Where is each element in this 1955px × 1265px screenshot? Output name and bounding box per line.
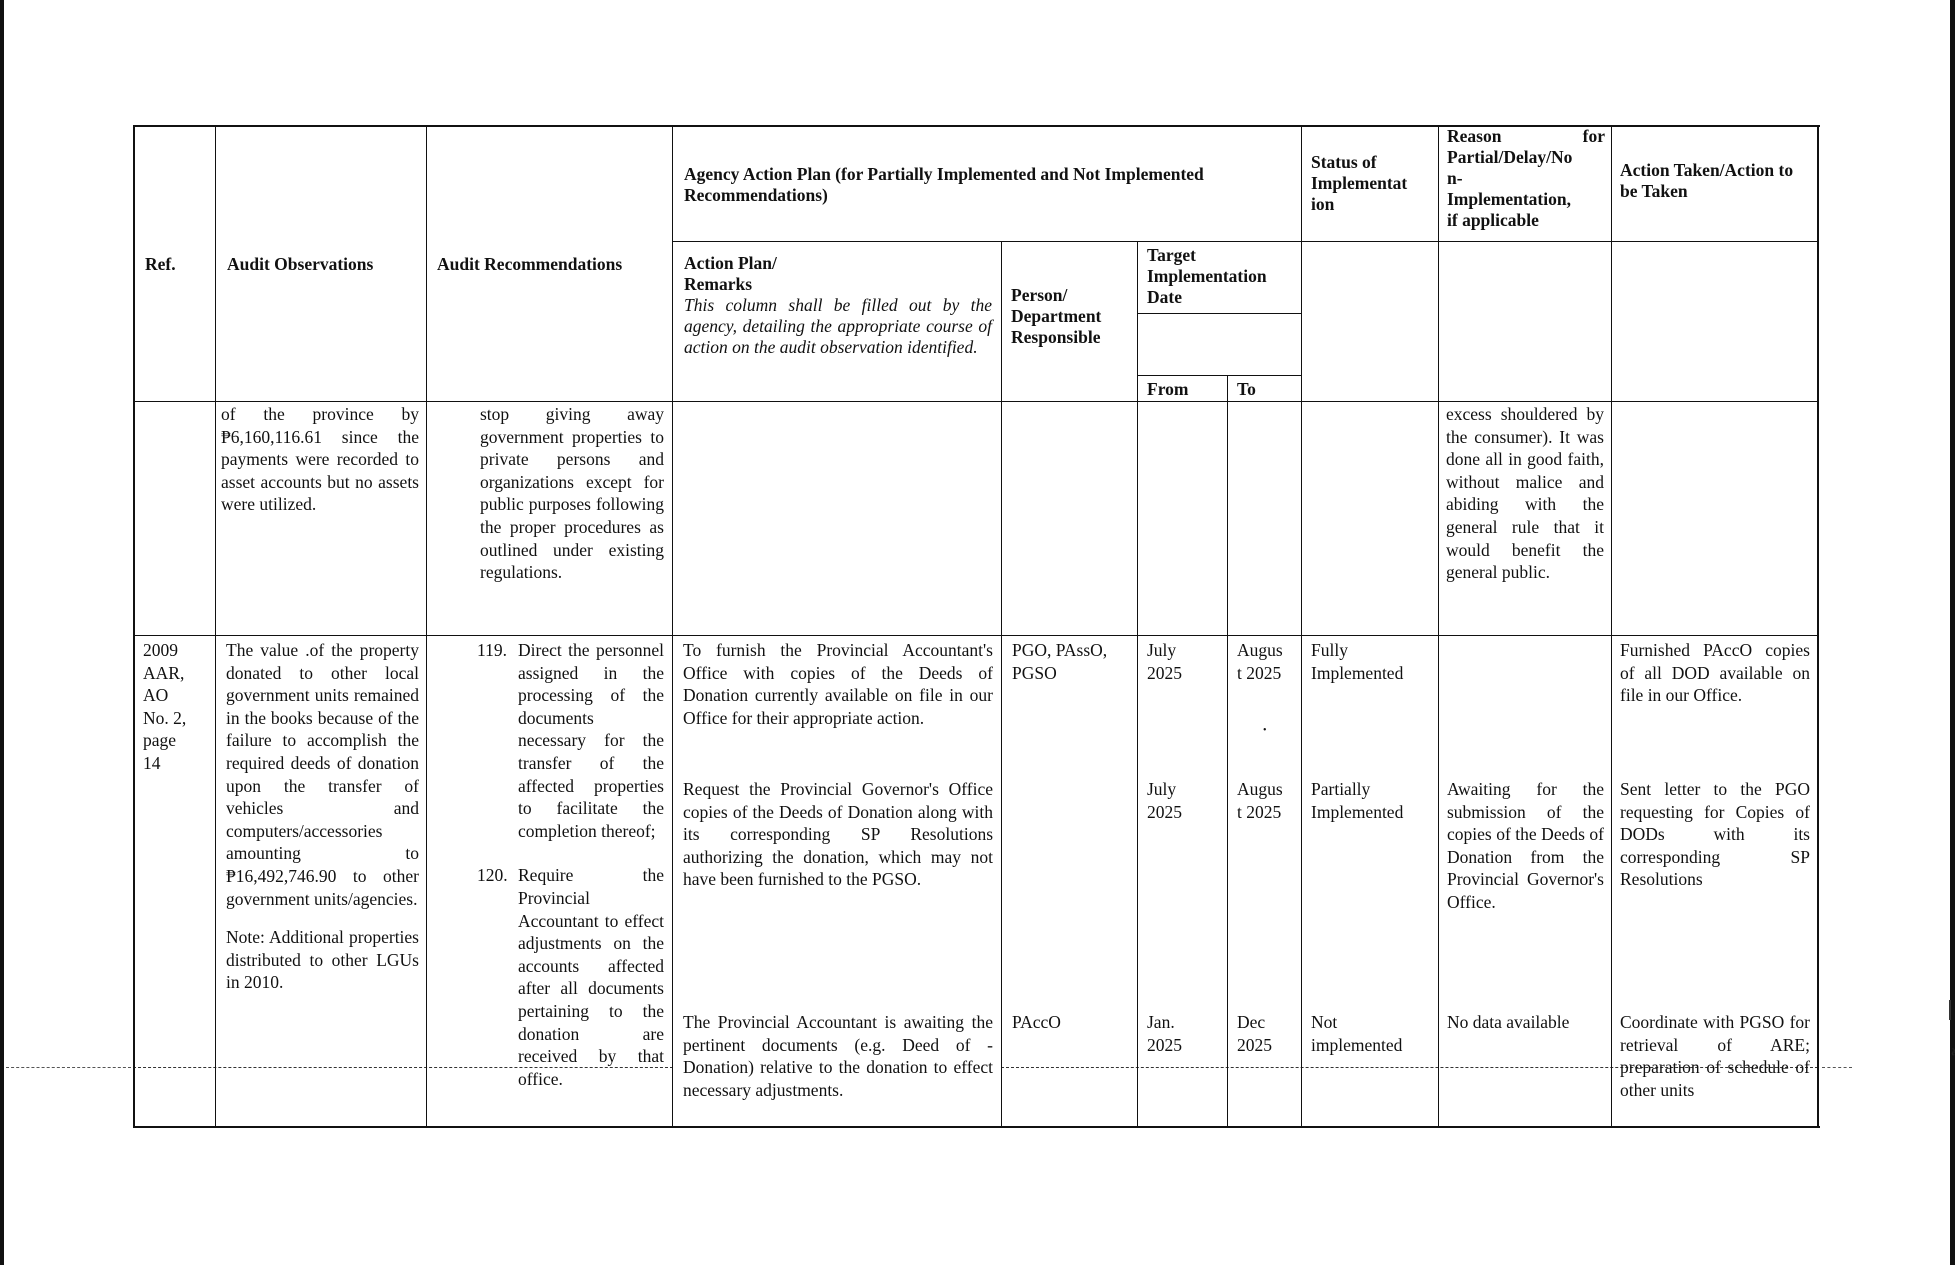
header-person-responsible: Person/ Department Responsible <box>1011 285 1131 348</box>
header-reason: Reason for Partial/Delay/No n- Implement… <box>1447 126 1605 231</box>
header-action-plan-title: Action Plan/ <box>684 253 992 274</box>
stray-mark: • <box>1263 720 1267 743</box>
from-line: 2025 <box>1147 801 1182 824</box>
recommendation-text: Direct the personnel assigned in the pro… <box>518 639 664 842</box>
to-date-1: Augus t 2025 <box>1237 639 1283 684</box>
to-line: t 2025 <box>1237 801 1283 824</box>
action-plan-1: To furnish the Provincial Accountant's O… <box>683 639 993 729</box>
action-taken-3: Coordinate with PGSO for retrieval of AR… <box>1620 1011 1810 1101</box>
status-2: Partially Implemented <box>1311 778 1403 823</box>
observation-text: The value .of the property donated to ot… <box>226 639 419 910</box>
status-header-line: Status of <box>1311 152 1377 173</box>
to-line: Dec <box>1237 1011 1272 1034</box>
status-line: implemented <box>1311 1034 1402 1057</box>
ref-line: AAR, <box>143 662 211 685</box>
header-from: From <box>1147 379 1188 400</box>
action-taken-2: Sent letter to the PGO requesting for Co… <box>1620 778 1810 891</box>
from-date-3: Jan. 2025 <box>1147 1011 1182 1056</box>
status-line: Not <box>1311 1011 1402 1034</box>
reason-header-line: n- <box>1447 168 1605 189</box>
reason-2: Awaiting for the submission of the copie… <box>1447 778 1604 914</box>
responsible-1: PGO, PAssO, PGSO <box>1012 639 1134 684</box>
ref-line: AO <box>143 684 211 707</box>
from-line: July <box>1147 639 1182 662</box>
from-line: 2025 <box>1147 1034 1182 1057</box>
status-line: Implemented <box>1311 801 1403 824</box>
recommendation-text: Require the Provincial Accountant to eff… <box>518 864 664 1090</box>
ref-line: page <box>143 729 211 752</box>
row1-reason: excess shouldered by the consumer). It w… <box>1446 403 1604 584</box>
row1-observation: of the province by ₱6,160,116.61 since t… <box>221 403 419 516</box>
action-taken-1: Furnished PAccO copies of all DOD availa… <box>1620 639 1810 707</box>
status-header-line: Implementat <box>1311 173 1431 194</box>
from-date-1: July 2025 <box>1147 639 1182 684</box>
status-header-line: ion <box>1311 194 1431 215</box>
from-line: July <box>1147 778 1182 801</box>
responsible-3: PAccO <box>1012 1011 1134 1034</box>
row2-observation: The value .of the property donated to ot… <box>226 639 419 994</box>
to-line: t 2025 <box>1237 662 1283 685</box>
header-to: To <box>1237 379 1256 400</box>
recommendation-number: 120. <box>477 864 518 1090</box>
row2-recommendations: 119. Direct the personnel assigned in th… <box>436 639 664 1090</box>
row1-recommendation: stop giving away government properties t… <box>480 403 664 584</box>
header-ref: Ref. <box>145 254 176 275</box>
reason-header-line: Reason for <box>1447 126 1605 147</box>
header-target-date: Target Implementation Date <box>1147 245 1297 308</box>
header-action-plan-remarks: Action Plan/ Remarks This column shall b… <box>684 253 992 358</box>
action-plan-2: Request the Provincial Governor's Office… <box>683 778 993 891</box>
action-plan-3: The Provincial Accountant is awaiting th… <box>683 1011 993 1101</box>
status-line: Fully <box>1311 639 1403 662</box>
reason-header-line: Implementation, <box>1447 189 1605 210</box>
status-line: Partially <box>1311 778 1403 801</box>
ref-line: No. 2, <box>143 707 211 730</box>
row2-ref: 2009 AAR, AO No. 2, page 14 <box>143 639 211 775</box>
observation-note: Note: Additional properties distributed … <box>226 926 419 994</box>
from-line: 2025 <box>1147 662 1182 685</box>
ref-line: 2009 <box>143 639 211 662</box>
recommendation-item: 120. Require the Provincial Accountant t… <box>436 864 664 1090</box>
to-line: Augus <box>1237 778 1283 801</box>
ref-line: 14 <box>143 752 211 775</box>
header-audit-recommendations: Audit Recommendations <box>437 254 622 275</box>
reason-3: No data available <box>1447 1011 1607 1034</box>
header-remarks-title: Remarks <box>684 274 992 295</box>
header-agency-action-plan: Agency Action Plan (for Partially Implem… <box>684 164 1294 206</box>
to-line: Augus <box>1237 639 1283 662</box>
from-line: Jan. <box>1147 1011 1182 1034</box>
from-date-2: July 2025 <box>1147 778 1182 823</box>
header-action-plan-note: This column shall be filled out by the a… <box>684 295 992 358</box>
to-line: 2025 <box>1237 1034 1272 1057</box>
status-3: Not implemented <box>1311 1011 1402 1056</box>
header-audit-observations: Audit Observations <box>227 254 373 275</box>
reason-header-line: Partial/Delay/No <box>1447 147 1605 168</box>
header-action-taken: Action Taken/Action to be Taken <box>1620 160 1810 202</box>
to-date-3: Dec 2025 <box>1237 1011 1272 1056</box>
status-1: Fully Implemented <box>1311 639 1403 684</box>
to-date-2: Augus t 2025 <box>1237 778 1283 823</box>
recommendation-item: 119. Direct the personnel assigned in th… <box>436 639 664 842</box>
status-line: Implemented <box>1311 662 1403 685</box>
reason-header-line: if applicable <box>1447 210 1605 231</box>
recommendation-number: 119. <box>477 639 518 842</box>
header-status: Status of Implementat ion <box>1311 152 1431 215</box>
